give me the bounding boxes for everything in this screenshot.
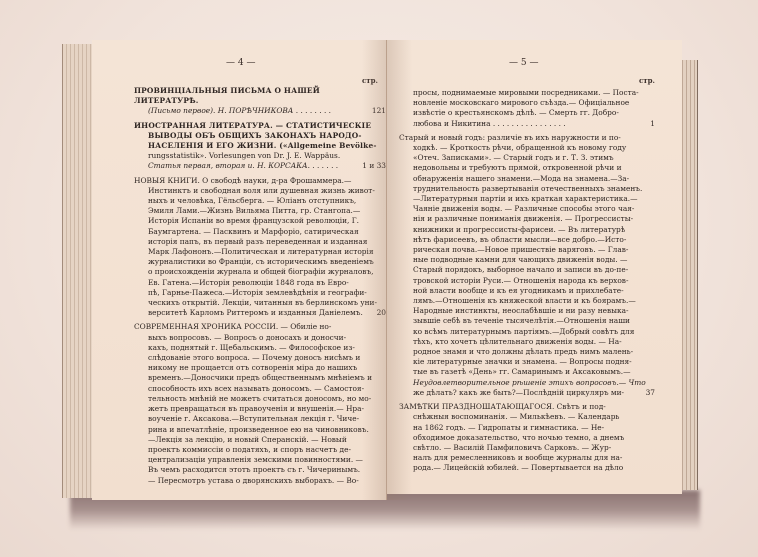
entry-line: просы, поднимаемые мировыми посредниками… xyxy=(399,88,655,98)
entry-title: НОВЫЯ КНИГИ. О свободѣ науки, д-ра Фроша… xyxy=(134,176,386,186)
entry-line: Старый порядокъ, выборное начало и запис… xyxy=(399,265,655,275)
entry-line: проектъ коммиссіи о податяхъ, и споръ на… xyxy=(134,445,386,455)
entry-line: —Лекція за лекцію, и новый Сперанскій. —… xyxy=(134,435,386,445)
entry-line: тѣхъ, кто хочетъ цѣлительнаго движенія в… xyxy=(399,337,655,347)
entry-line: новленіе московскаго мирового съѣзда.— О… xyxy=(399,98,655,108)
entry-line: рода.— Лицейскій юбилей. — Повертывается… xyxy=(399,463,655,473)
entry-line: Неудовлетворительное рѣшеніе этихъ вопро… xyxy=(399,378,655,388)
entry-line: rungsstatistik». Vorlesungen von Dr. J. … xyxy=(134,151,386,161)
entry-title: ПРОВИНЦІАЛЬНЫЯ ПИСЬМА О НАШЕЙ ЛИТЕРАТУРѢ… xyxy=(134,86,386,106)
entry-line: «Отеч. Записками». — Старый годъ и г. Т.… xyxy=(399,153,655,163)
entry-line: ходкѣ. — Кроткость рѣчи, обращенной къ н… xyxy=(399,143,655,153)
entry-line: рина и впечатлѣніе, произведенное ею на … xyxy=(134,425,386,435)
entry-line: родное знамя и что должны дѣлать предъ н… xyxy=(399,347,655,357)
page-number: — 5 — xyxy=(509,58,538,68)
entry-line: извѣстіе о крестьянскомъ дѣлѣ. — Смерть … xyxy=(399,108,655,118)
right-page: — 5 — стр. просы, поднимаемые мировыми п… xyxy=(387,40,682,494)
toc-entry: просы, поднимаемые мировыми посредниками… xyxy=(399,88,655,129)
entry-line: слѣдованіе этого вопроса. — Почему донос… xyxy=(134,353,386,363)
entry-line: жетъ превращаться въ правоученія и внуше… xyxy=(134,404,386,414)
page-number: — 4 — xyxy=(226,58,255,68)
entry-line: исторія папъ, въ первый разъ переведенна… xyxy=(134,237,386,247)
entry-line: (Письмо первое). Н. ПОРѢЧНИКОВА . . . . … xyxy=(134,106,386,116)
entry-line: Ев. Гатена.—Исторія революціи 1848 года … xyxy=(134,278,386,288)
entry-line: ко всѣмъ литературнымъ партіямъ.—Добрый … xyxy=(399,327,655,337)
entry-title: ИНОСТРАННАЯ ЛИТЕРАТУРА. — СТАТИСТИЧЕСКІЕ xyxy=(134,121,386,131)
entry-line: ческихъ открытій. Лекціи, читанныя въ бе… xyxy=(134,298,386,308)
entry-line: НАСЕЛЕНІЯ И ЕГО ЖИЗНИ. («Allgemeine Bevö… xyxy=(134,141,386,151)
entry-line: тровской исторіи Руси.— Отношенія народа… xyxy=(399,276,655,286)
column-header: стр. xyxy=(639,76,655,85)
entry-title: ЗАМѢТКИ ПРАЗДНОШАТАЮЩАГОСЯ. Свѣтъ и под- xyxy=(399,402,655,412)
toc-entry: ПРОВИНЦІАЛЬНЫЯ ПИСЬМА О НАШЕЙ ЛИТЕРАТУРѢ… xyxy=(134,86,386,117)
entry-line: Эмиля Лами.—Жизнь Вильяма Питта, гр. Ста… xyxy=(134,206,386,216)
entry-line: труднительность развертыванія отечествен… xyxy=(399,184,655,194)
entry-line: нѣтъ фарисеевъ, въ области мысли—все доб… xyxy=(399,235,655,245)
entry-title: Старый и новый годъ: различіе въ ихъ нар… xyxy=(399,133,655,143)
entry-line: о происхожденіи журнала и общей біографі… xyxy=(134,267,386,277)
entry-line: тые въ газетѣ «День» гг. Самаринымъ и Ак… xyxy=(399,367,655,377)
entry-line: —Литературныя партіи и ихъ краткая харак… xyxy=(399,194,655,204)
entry-line: любова и Никитина . . . . . . . . . . . … xyxy=(399,119,655,129)
entry-page-number: 1 xyxy=(650,119,655,129)
entry-line: Народные инстинкты, неослабѣвшіе и ни ра… xyxy=(399,306,655,316)
entry-line: Исторія Испаніи во время французской рев… xyxy=(134,216,386,226)
entry-line: на 1862 годъ. — Гидропаты и гимнастика. … xyxy=(399,423,655,433)
entry-page-number: 20 xyxy=(377,308,386,318)
left-page: — 4 — стр. ПРОВИНЦІАЛЬНЫЯ ПИСЬМА О НАШЕЙ… xyxy=(92,40,387,500)
toc-entry: ЗАМѢТКИ ПРАЗДНОШАТАЮЩАГОСЯ. Свѣтъ и под-… xyxy=(399,402,655,473)
entry-line: пѣ, Гарнье-Пажеса.—Исторія землевѣдѣнія … xyxy=(134,288,386,298)
entry-line: временъ.—Доносчики предъ общественнымъ м… xyxy=(134,373,386,383)
entry-line: централизаціи управленія земскими повинн… xyxy=(134,455,386,465)
entry-line: Инстинктъ и свободная воля или душевная … xyxy=(134,186,386,196)
entry-page-number: 37 xyxy=(646,388,655,398)
entry-line: обходимое доказательство, что ночью темн… xyxy=(399,433,655,443)
toc-entry: НОВЫЯ КНИГИ. О свободѣ науки, д-ра Фроша… xyxy=(134,176,386,319)
entry-line: недовольны и требуютъ прямой, откровенно… xyxy=(399,163,655,173)
entry-line: рическая почва.—Новое пришествіе варягов… xyxy=(399,245,655,255)
toc-entry: Старый и новый годъ: различіе въ ихъ нар… xyxy=(399,133,655,398)
toc-entry: СОВРЕМЕННАЯ ХРОНИКА РОССІИ. — Обиліе но-… xyxy=(134,322,386,485)
table-of-contents: ПРОВИНЦІАЛЬНЫЯ ПИСЬМА О НАШЕЙ ЛИТЕРАТУРѢ… xyxy=(134,86,386,490)
entry-line: книжники и прогрессисты-фарисеи. — Въ ли… xyxy=(399,225,655,235)
entry-line: ные подводные камни для чающихъ движенія… xyxy=(399,255,655,265)
entry-line: ВЫВОДЫ ОБЪ ОБЩИХЪ ЗАКОНАХЪ НАРОДО- xyxy=(134,131,386,141)
entry-line: воученіе г. Аксакова.—Вступительная лекц… xyxy=(134,414,386,424)
entry-line: выхъ вопросовъ. — Вопросъ о доносахъ и д… xyxy=(134,333,386,343)
toc-entry: ИНОСТРАННАЯ ЛИТЕРАТУРА. — СТАТИСТИЧЕСКІЕ… xyxy=(134,121,386,172)
entry-line: никому не прощается отъ сотворенія міра … xyxy=(134,363,386,373)
entry-line: Баумгартена. — Пасквинъ и Марфоріо, сати… xyxy=(134,227,386,237)
entry-line: верситетѣ Карломъ Риттеромъ и изданныя Д… xyxy=(134,308,386,318)
entry-line: снѣжныя воспоминанія. — Милькѣевъ. — Кал… xyxy=(399,412,655,422)
entry-line: ныхъ и человѣка, Гёльсберга. — Юліанъ от… xyxy=(134,196,386,206)
entry-line: свѣтло. — Василій Памфиловичъ Сарковъ. —… xyxy=(399,443,655,453)
entry-line: Чаяніе движенія воды. — Различные способ… xyxy=(399,204,655,214)
entry-line: нія и различные пониманія движенія. — Пр… xyxy=(399,214,655,224)
entry-line: ной власти вообще и къ ея угодникамъ и п… xyxy=(399,286,655,296)
entry-line: кіе литературные значки и знамена. — Воп… xyxy=(399,357,655,367)
entry-line: способность ихъ всех называть доносомъ. … xyxy=(134,384,386,394)
entry-line: налъ для ремесленниковъ и вообще журналы… xyxy=(399,453,655,463)
entry-line: Статья первая, вторая и. Н. КОРСАКА. . .… xyxy=(134,161,386,171)
entry-line: журналистики во Франціи, съ историческим… xyxy=(134,257,386,267)
entry-line: лямъ.—Отношенія къ княжеской власти и къ… xyxy=(399,296,655,306)
column-header: стр. xyxy=(362,76,378,85)
entry-page-number: 1 и 33 xyxy=(362,161,386,171)
entry-page-number: 121 xyxy=(372,106,386,116)
open-book: — 4 — стр. ПРОВИНЦІАЛЬНЫЯ ПИСЬМА О НАШЕЙ… xyxy=(62,40,698,500)
entry-line: же дѣлать? какъ же быть?—Послѣдній цирку… xyxy=(399,388,655,398)
entry-line: кахъ, поднятый г. Щебальскимъ. — Философ… xyxy=(134,343,386,353)
entry-line: Марк Лафононъ.—Политическая и литературн… xyxy=(134,247,386,257)
entry-title: СОВРЕМЕННАЯ ХРОНИКА РОССІИ. — Обиліе но- xyxy=(134,322,386,332)
entry-line: Въ чемъ расходится этотъ проектъ съ г. Ч… xyxy=(134,465,386,475)
table-of-contents: просы, поднимаемые мировыми посредниками… xyxy=(399,88,655,478)
entry-line: обнаруженія нашего знамени.—Мода на знам… xyxy=(399,174,655,184)
entry-line: зывшіе себѣ въ теченіе тысячелѣтія.—Отно… xyxy=(399,316,655,326)
entry-line: тельность мнѣній не можетъ считаться дон… xyxy=(134,394,386,404)
entry-line: — Пересмотръ устава о дворянскихъ выбора… xyxy=(134,476,386,486)
